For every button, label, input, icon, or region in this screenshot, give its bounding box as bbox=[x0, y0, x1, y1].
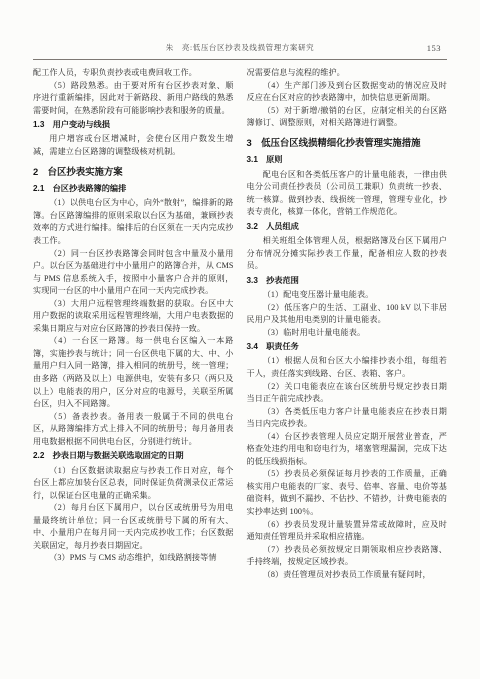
paragraph: （7）抄表员必须按规定日期领取相应抄表路簿、手持终端，按规定区域抄表。 bbox=[247, 544, 448, 569]
paragraph: （1）配电变压器计量电能表。 bbox=[247, 289, 448, 302]
paragraph: （2）关口电能表应在该台区统册号规定抄表日期当日正午前完成抄表。 bbox=[247, 381, 448, 406]
paragraph: （1）根据人员和台区大小编排抄表小组，每组若干人，责任落实到线路、台区、表箱、客… bbox=[247, 355, 448, 380]
page-header: 朱 亮:低压台区抄表及线损管理方案研究 153 bbox=[33, 42, 447, 54]
section-heading: 3.2 人员组成 bbox=[247, 221, 448, 233]
paragraph: 用户增容或台区增减时，会使台区用户数发生增减，需建立台区路簿的调整级核对机制。 bbox=[33, 133, 234, 158]
section-heading: 3 低压台区线损精细化抄表管理实施措施 bbox=[247, 137, 448, 150]
left-column: 配工作人员，专职负责抄表或电费回收工作。（5）路段熟悉。由于要对所有台区抄表对象… bbox=[33, 67, 234, 581]
section-heading: 2.1 台区抄表路簿的编排 bbox=[33, 183, 234, 195]
paragraph: （2）低压客户的生活、工副业、100 kV 以下非居民用户及其他用电类别的计量电… bbox=[247, 302, 448, 327]
paragraph: （2）同一台区抄表路簿会同时包含中量及小量用户。以台区为基础进行中小量用户的路簿… bbox=[33, 248, 234, 298]
paragraph: （5）对于新增/撤销的台区，应制定相关的台区路簿修订、调整原则，对相关路簿进行调… bbox=[247, 105, 448, 130]
section-heading: 2 台区抄表实施方案 bbox=[33, 166, 234, 179]
document-page: 朱 亮:低压台区抄表及线损管理方案研究 153 配工作人员，专职负责抄表或电费回… bbox=[0, 0, 480, 679]
section-heading: 3.3 抄表范围 bbox=[247, 275, 448, 287]
paragraph: （5）路段熟悉。由于要对所有台区抄表对象、顺序进行重新编排，因此对于新路段、新用… bbox=[33, 80, 234, 118]
section-heading: 3.1 原则 bbox=[247, 154, 448, 166]
paragraph: （4）台区抄表管理人员应定期开展营业普查，严格查处违约用电和窃电行为，堵塞管理漏… bbox=[247, 431, 448, 469]
paragraph: 配工作人员，专职负责抄表或电费回收工作。 bbox=[33, 67, 234, 80]
paragraph: （5）备表抄表。备用表一般属于不同的供电台区，从路簿编排方式上排入不同的统册号；… bbox=[33, 411, 234, 449]
paragraph: （2）每月台区下属用户，以台区或统册号为用电量最终统计单位；同一台区或统册号下属… bbox=[33, 502, 234, 552]
section-heading: 2.2 抄表日期与数据关联选取固定的日期 bbox=[33, 450, 234, 462]
header-rule bbox=[33, 59, 447, 60]
paragraph: 相关班组全体管理人员，根据路簿及台区下属用户分布情况分摊实际抄表工作量，配备相应… bbox=[247, 235, 448, 273]
paragraph: （3）大用户远程管理终端数据的获取。台区中大用户数据的读取采用远程管理终端，大用… bbox=[33, 298, 234, 336]
paragraph: 配电台区和各类低压客户的计量电能表，一律由供电分公司责任抄表员（公司员工兼职）负… bbox=[247, 169, 448, 219]
section-heading: 1.3 用户变动与线损 bbox=[33, 119, 234, 131]
section-heading: 3.4 职责任务 bbox=[247, 341, 448, 353]
paragraph: （8）责任管理员对抄表员工作质量有疑问时， bbox=[247, 569, 448, 582]
right-column: 况需要信息与流程的维护。（4）生产部门涉及到台区数据变动的情况应及时反应在台区对… bbox=[247, 67, 448, 581]
paragraph: （4）一台区一路簿。每一供电台区编入一本路簿，实施抄表与统计；同一台区供电下属的… bbox=[33, 335, 234, 410]
paragraph: （3）各类低压电力客户计量电能表应在抄表日期当日内完成抄表。 bbox=[247, 406, 448, 431]
paragraph: （3）临时用电计量电能表。 bbox=[247, 327, 448, 340]
content-columns: 配工作人员，专职负责抄表或电费回收工作。（5）路段熟悉。由于要对所有台区抄表对象… bbox=[33, 67, 447, 581]
paragraph: （6）抄表员发现计量装置异常或故障时，应及时通知责任管理员并采取相应措施。 bbox=[247, 519, 448, 544]
running-title: 朱 亮:低压台区抄表及线损管理方案研究 bbox=[166, 43, 314, 52]
paragraph: （1）以供电台区为中心，向外“散射”，编排新的路簿。台区路簿编排的原则采取以台区… bbox=[33, 197, 234, 247]
paragraph: 况需要信息与流程的维护。 bbox=[247, 67, 448, 80]
paragraph: （4）生产部门涉及到台区数据变动的情况应及时反应在台区对应的抄表路簿中，加快信息… bbox=[247, 80, 448, 105]
page-number: 153 bbox=[427, 42, 441, 54]
paragraph: （1）台区数据读取据应与抄表工作日对应，每个台区上都应加装台区总表，同时保证负荷… bbox=[33, 465, 234, 503]
paragraph: （5）抄表员必须保证每月抄表的工作质量，正确核实用户电能表的厂家、表号、倍率、容… bbox=[247, 468, 448, 518]
paragraph: （3）PMS 与 CMS 动态维护，如线路割接等情 bbox=[33, 552, 234, 565]
